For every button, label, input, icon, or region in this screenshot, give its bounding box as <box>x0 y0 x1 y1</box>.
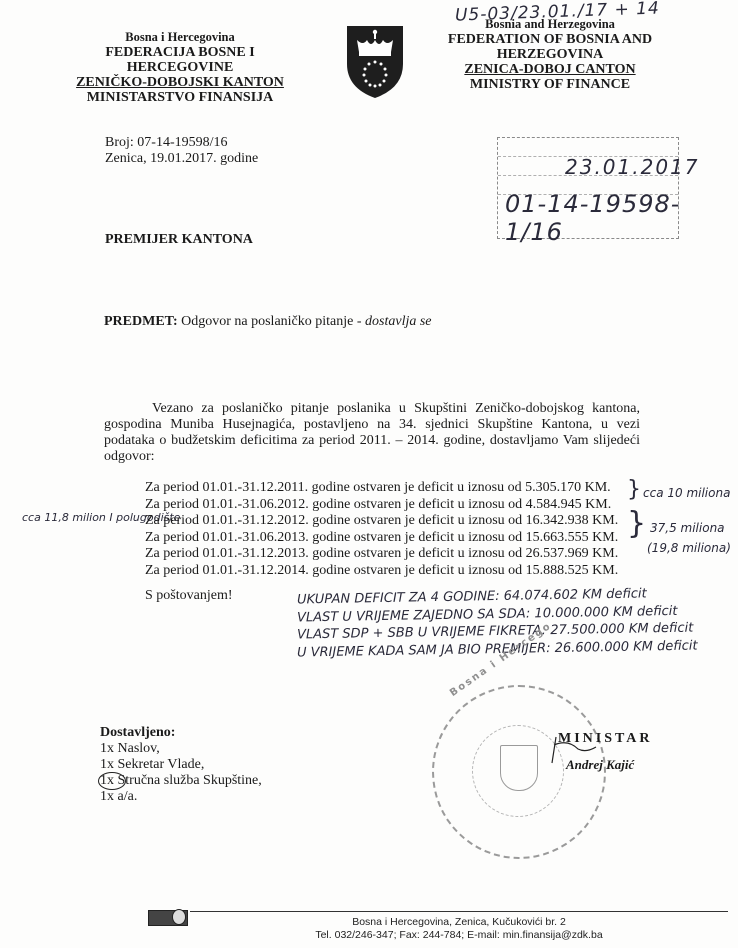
seal-shield-icon <box>500 745 538 791</box>
stamp-registry-number: 01-14-19598-1/16 <box>505 190 738 246</box>
footer-address: Bosna i Hercegovina, Zenica, Kučukovići … <box>190 916 728 929</box>
distribution-list: Dostavljeno: 1x Naslov, 1x Sekretar Vlad… <box>100 725 262 805</box>
subject-text: Odgovor na poslaničko pitanje - <box>181 314 365 329</box>
ministry-name-en: MINISTRY OF FINANCE <box>440 77 660 92</box>
deficit-item: Za period 01.01.-31.12.2011. godine ostv… <box>145 480 618 497</box>
distribution-item: 1x a/a. <box>100 789 262 805</box>
federation-name-en: FEDERATION OF BOSNIA AND <box>440 32 660 47</box>
distribution-title: Dostavljeno: <box>100 725 262 741</box>
deficit-list: Za period 01.01.-31.12.2011. godine ostv… <box>145 480 618 579</box>
letterhead-english: Bosnia and Herzegovina FEDERATION OF BOS… <box>440 17 660 92</box>
handwritten-side-note: cca 10 miliona <box>643 486 730 500</box>
handwritten-circle-mark <box>98 772 126 790</box>
deficit-item: Za period 01.01.-31.12.2012. godine ostv… <box>145 513 618 530</box>
footer-contact: Tel. 032/246-347; Fax: 244-784; E-mail: … <box>190 929 728 942</box>
handwritten-brace: } <box>627 513 646 535</box>
handwritten-side-note: (19,8 miliona) <box>647 541 731 555</box>
deficit-item: Za period 01.01.-31.06.2013. godine ostv… <box>145 530 618 547</box>
canton-name-en: ZENICA-DOBOJ CANTON <box>440 62 660 77</box>
footer: Bosna i Hercegovina, Zenica, Kučukovići … <box>190 916 728 942</box>
distribution-item: 1x Naslov, <box>100 741 262 757</box>
subject-label: PREDMET: <box>104 314 178 329</box>
handwritten-summary: UKUPAN DEFICIT ZA 4 GODINE: 64.074.602 K… <box>297 588 698 658</box>
subject-italic: dostavlja se <box>365 314 432 329</box>
country-name-en: Bosnia and Herzegovina <box>440 17 660 32</box>
deficit-item: Za period 01.01.-31.06.2012. godine ostv… <box>145 497 618 514</box>
closing-greeting: S poštovanjem! <box>145 588 233 604</box>
signatory-name: Andrej Kajić <box>566 757 634 773</box>
subject-line: PREDMET: Odgovor na poslaničko pitanje -… <box>104 314 432 330</box>
body-paragraph: Vezano za poslaničko pitanje poslanika u… <box>104 401 640 465</box>
reference-number: Broj: 07-14-19598/16 <box>105 135 258 151</box>
handwritten-brace: } <box>627 479 641 501</box>
footer-divider <box>190 911 728 912</box>
deficit-item: Za period 01.01.-31.12.2014. godine ostv… <box>145 563 618 580</box>
federation-name: FEDERACIJA BOSNE I HERCEGOVINE <box>70 45 290 75</box>
letterhead-local: Bosna i Hercegovina FEDERACIJA BOSNE I H… <box>70 30 290 105</box>
place-and-date: Zenica, 19.01.2017. godine <box>105 151 258 167</box>
federation-name-en-cont: HERZEGOVINA <box>440 47 660 62</box>
distribution-item: 1x Sekretar Vlade, <box>100 757 262 773</box>
crown-and-stars-shield-icon <box>345 24 405 100</box>
country-name: Bosna i Hercegovina <box>70 30 290 45</box>
handwritten-side-note: 37,5 miliona <box>650 521 725 535</box>
deficit-item: Za period 01.01.-31.12.2013. godine ostv… <box>145 546 618 563</box>
certification-seal-icon <box>172 909 186 925</box>
ministry-name: MINISTARSTVO FINANSIJA <box>70 90 290 105</box>
recipient: PREMIJER KANTONA <box>105 232 253 248</box>
document-meta: Broj: 07-14-19598/16 Zenica, 19.01.2017.… <box>105 135 258 167</box>
stamp-received-date: 23.01.2017 <box>565 155 700 179</box>
canton-name: ZENIČKO-DOBOJSKI KANTON <box>70 75 290 90</box>
